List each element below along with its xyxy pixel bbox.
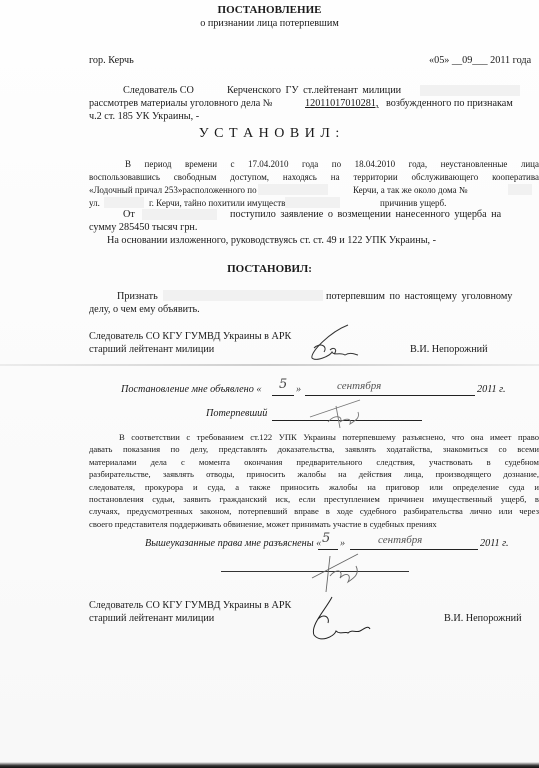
sig2-position-line1: Следователь СО КГУ ГУМВД Украины в АРК (89, 599, 291, 612)
redacted-victim-name (163, 290, 323, 301)
intro-investigator-unit: Керченского ГУ ст.лейтенант милиции (227, 84, 401, 97)
city: гор. Керчь (89, 54, 134, 67)
announced-day: 5 (279, 377, 287, 392)
intro-investigator-label: Следователь СО (123, 84, 194, 97)
redacted-name (420, 85, 520, 96)
resolved-victim-text: потерпевшим по настоящему уголовному (326, 290, 512, 303)
intro-case-grounds: возбужденного по признакам (386, 97, 513, 110)
rights-year: 2011 г. (480, 537, 509, 550)
announced-month: сентября (337, 380, 381, 392)
document-date: «05» __09___ 2011 года (429, 54, 531, 67)
document-subtitle: о признании лица потерпевшим (0, 17, 539, 30)
redacted-street-2 (104, 197, 144, 208)
established-p1-line2: воспользовавшись свободным доступом, нах… (89, 171, 539, 184)
announced-year: 2011 г. (477, 383, 506, 396)
rights-explained-label: Вышеуказанные права мне разъяснены « (145, 537, 321, 550)
established-p2-from: От (123, 208, 135, 221)
established-p1-line3a: «Лодочный причал 253»расположенного по у… (89, 184, 270, 197)
victim-label: Потерпевший (206, 407, 267, 420)
announced-label: Постановление мне объявлено « (121, 383, 261, 396)
sig1-position-line2: старший лейтенант милиции (89, 343, 214, 356)
established-p1-line4a: ул. (89, 197, 100, 210)
paper-fold-line (0, 364, 539, 366)
victim-signature-2 (300, 548, 370, 598)
established-p2-statement: поступило заявление о возмещении нанесен… (230, 208, 501, 221)
established-p1-line1: В период времени с 17.04.2010 года по 18… (89, 158, 539, 171)
victim-signature (300, 392, 380, 432)
sig2-name: В.И. Непорожний (444, 612, 522, 625)
redacted-owner (285, 197, 340, 208)
damage-amount: сумму 285450 тысяч грн. (89, 221, 197, 234)
resolved-announce: делу, о чем ему объявить. (89, 303, 200, 316)
intro-case-text: рассмотрев материалы уголовного дела № (89, 97, 273, 110)
sig1-name: В.И. Непорожний (410, 343, 488, 356)
rights-day: 5 (322, 531, 330, 546)
established-heading: У С Т А Н О В И Л : (0, 126, 539, 142)
investigator-signature-2 (300, 595, 380, 645)
rights-month: сентября (378, 534, 422, 546)
redacted-house-number (508, 184, 532, 195)
intro-article: ч.2 ст. 185 УК Украины, - (89, 110, 199, 123)
document-title: ПОСТАНОВЛЕНИЕ (0, 4, 539, 17)
established-p1-line3b: Керчи, а так же около дома № (353, 184, 467, 197)
case-number: 12011017010281, (305, 97, 378, 110)
sig1-position-line1: Следователь СО КГУ ГУМВД Украины в АРК (89, 330, 291, 343)
established-p3: На основании изложенного, руководствуясь… (107, 234, 436, 247)
resolved-recognize: Признать (117, 290, 158, 303)
investigator-signature-1 (290, 322, 360, 362)
rights-paragraph: В соответствии с требованием ст.122 УПК … (89, 431, 539, 530)
sig2-position-line2: старший лейтенант милиции (89, 612, 214, 625)
scanned-document-page: ПОСТАНОВЛЕНИЕ о признании лица потерпевш… (0, 0, 539, 768)
redacted-applicant (142, 209, 217, 220)
scan-bottom-edge (0, 762, 539, 768)
resolved-heading: ПОСТАНОВИЛ: (0, 263, 539, 276)
redacted-street (258, 184, 328, 195)
